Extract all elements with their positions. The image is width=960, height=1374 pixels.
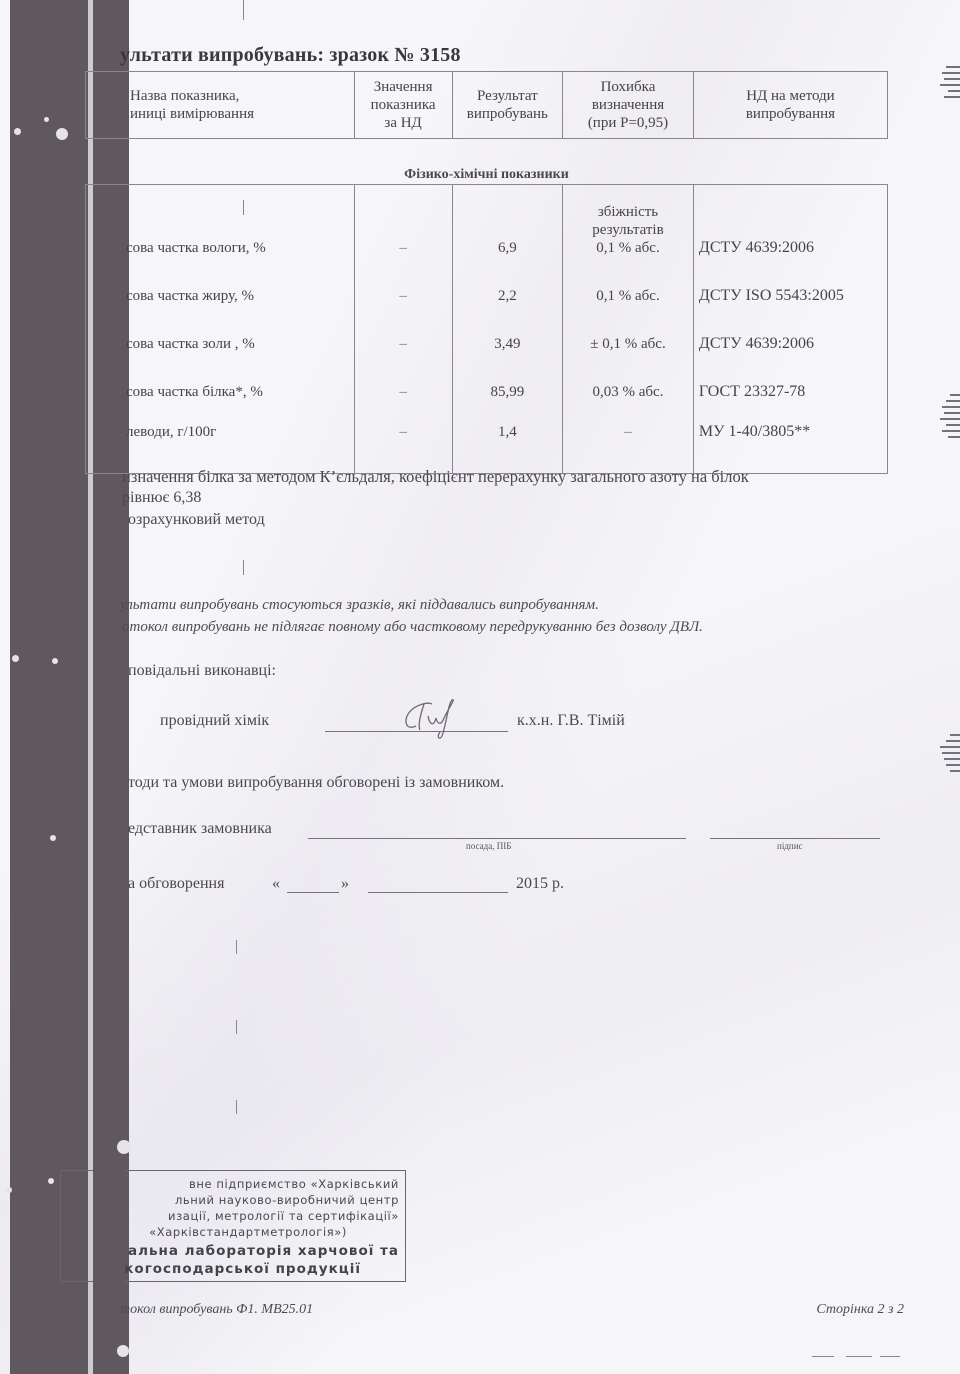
date-month-field[interactable]: [368, 892, 508, 893]
footer-decoration: [846, 1356, 872, 1357]
footer-decoration: [812, 1356, 834, 1357]
cell-method: ДСТУ ISO 5543:2005: [693, 259, 887, 307]
scan-speck: [52, 658, 58, 664]
date-day-field[interactable]: [287, 892, 339, 893]
disclaimer-scope: ультати випробувань стосуються зразків, …: [120, 597, 599, 614]
cell-nd-value: –: [354, 185, 452, 260]
date-open-quote: «: [272, 875, 280, 893]
header-result: Результат випробувань: [452, 72, 562, 139]
fold-mark: [236, 940, 237, 954]
cell-result: 1,4: [452, 403, 562, 474]
customer-signature-line[interactable]: [710, 838, 880, 839]
scan-speck: [44, 117, 49, 122]
scan-artifact-right: [938, 62, 960, 102]
scan-speck: [117, 1140, 131, 1154]
scan-artifact-overlay: [93, 1160, 125, 1290]
note-calc-method: озрахунковий метод: [128, 511, 265, 529]
cell-name: леводи, г/100г: [86, 403, 355, 474]
cell-error: –: [563, 403, 694, 474]
agreement-statement: тоди та умови випробування обговорені із…: [128, 774, 504, 792]
footer-decoration: [880, 1356, 900, 1357]
cell-result: 3,49: [452, 307, 562, 355]
customer-label: едставник замовника: [128, 820, 272, 838]
scan-speck: [50, 835, 56, 841]
scan-speck: [117, 1345, 129, 1357]
cell-nd-value: –: [354, 355, 452, 403]
executors-heading: повідальні виконавці:: [128, 662, 276, 680]
results-table: Назва показника, иниці вимірювання Значе…: [85, 71, 888, 474]
table-row: сова частка вологи, % – 6,9 збіжність ре…: [86, 185, 888, 260]
cell-method: МУ 1-40/3805**: [693, 403, 887, 474]
cell-result: 2,2: [452, 259, 562, 307]
scan-speck: [6, 1187, 12, 1193]
executor-name: к.х.н. Г.В. Тімій: [517, 712, 625, 730]
signature-caption: підпис: [777, 841, 803, 851]
cell-nd-value: –: [354, 259, 452, 307]
note-kjeldahl-cont: рівнює 6,38: [122, 489, 201, 507]
cell-name: сова частка білка*, %: [86, 355, 355, 403]
header-text: Похибка визначення (при Р=0,95): [588, 78, 668, 132]
customer-position-line[interactable]: [308, 838, 686, 839]
section-title-text: Фізико-хімічні показники: [404, 167, 569, 184]
signature-icon: [398, 696, 470, 742]
disclaimer-reprint: отокол випробувань не підлягає повному а…: [122, 619, 703, 636]
table-row: сова частка золи , % – 3,49 ± 0,1 % абс.…: [86, 307, 888, 355]
fold-mark: [236, 1100, 237, 1114]
date-close-quote: »: [341, 875, 349, 893]
fold-mark: [243, 0, 244, 20]
note-kjeldahl: изначення білка за методом К’єльдаля, ко…: [122, 467, 749, 487]
table-row: леводи, г/100г – 1,4 – МУ 1-40/3805**: [86, 403, 888, 474]
scan-speck: [14, 128, 21, 135]
cell-name: сова частка жиру, %: [86, 259, 355, 307]
cell-error: ± 0,1 % абс.: [563, 307, 694, 355]
scan-speck: [48, 1178, 54, 1184]
cell-name: сова частка вологи, %: [86, 185, 355, 260]
cell-error: 0,1 % абс.: [563, 259, 694, 307]
header-text: Значення показника за НД: [371, 78, 436, 132]
cell-error: 0,03 % абс.: [563, 355, 694, 403]
header-method: НД на методи випробування: [693, 72, 887, 139]
fold-mark: [243, 560, 244, 575]
scan-speck: [56, 128, 68, 140]
section-title: Фізико-хімічні показники: [86, 139, 888, 185]
executor-role: провідний хімік: [160, 712, 269, 730]
cell-result: 85,99: [452, 355, 562, 403]
header-text: Результат випробувань: [467, 87, 548, 123]
section-row: Фізико-хімічні показники: [86, 139, 888, 185]
position-caption: посада, ПІБ: [466, 841, 511, 851]
header-indicator-name: Назва показника, иниці вимірювання: [86, 72, 355, 139]
table-header-row: Назва показника, иниці вимірювання Значе…: [86, 72, 888, 139]
date-year: 2015 р.: [516, 875, 564, 893]
header-nd-value: Значення показника за НД: [354, 72, 452, 139]
header-text: НД на методи випробування: [746, 87, 835, 123]
cell-method: ГОСТ 23327-78: [693, 355, 887, 403]
table-row: сова частка жиру, % – 2,2 0,1 % абс. ДСТ…: [86, 259, 888, 307]
header-error: Похибка визначення (при Р=0,95): [563, 72, 694, 139]
cell-nd-value: –: [354, 307, 452, 355]
cell-result: 6,9: [452, 185, 562, 260]
scan-speck: [12, 655, 19, 662]
scan-artifact-right: [938, 390, 960, 442]
cell-nd-value: –: [354, 403, 452, 474]
document-title: ультати випробувань: зразок № 3158: [120, 44, 461, 67]
cell-name: сова частка золи , %: [86, 307, 355, 355]
date-label: а обговорення: [128, 875, 224, 893]
cell-method: ДСТУ 4639:2006: [693, 185, 887, 260]
footer-page-number: Сторінка 2 з 2: [816, 1302, 904, 1318]
fold-mark: [236, 1020, 237, 1034]
table-row: сова частка білка*, % – 85,99 0,03 % абс…: [86, 355, 888, 403]
header-text: Назва показника, иниці вимірювання: [130, 87, 254, 123]
cell-error: збіжність результатів 0,1 % абс.: [592, 203, 663, 257]
footer-form-code: токол випробувань Ф1. МВ25.01: [120, 1302, 313, 1318]
cell-method: ДСТУ 4639:2006: [693, 307, 887, 355]
scan-artifact-strip: [10, 0, 88, 1374]
scan-artifact-right: [938, 730, 960, 776]
